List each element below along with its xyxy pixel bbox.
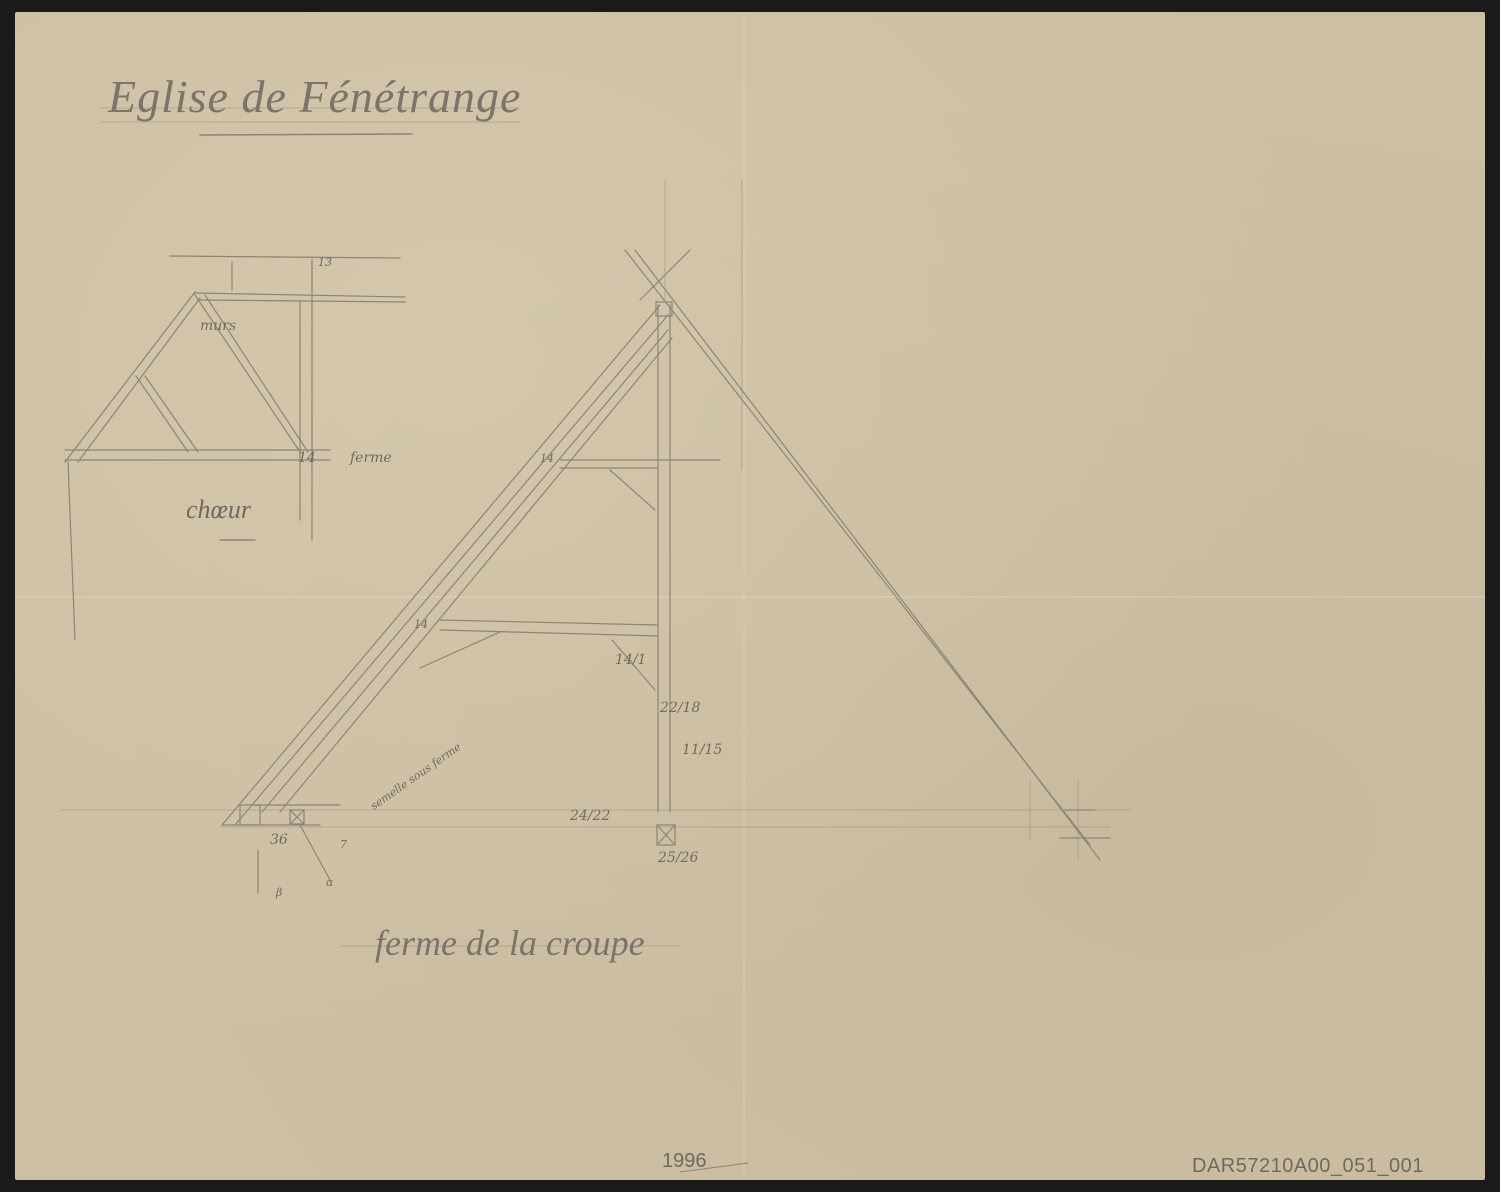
choeur-caption: chœur [186,495,251,525]
main-truss [222,250,1110,893]
brace-size-label: 14/1 [615,652,646,668]
rafter-mark-upper: 14 [540,452,554,465]
choeur-sketch [65,256,405,640]
title-underline [200,134,412,135]
archive-number: 1996 [662,1150,707,1173]
archive-id: DAR57210A00_051_001 [1192,1155,1424,1178]
ferme-label: ferme [350,450,392,466]
document-title: Eglise de Fénétrange [108,70,521,123]
post-lower-size-label: 11/15 [682,742,722,758]
rafter-mark-lower: 14 [414,618,428,631]
truss-drawing [0,0,1500,1192]
member-size-label: 14 [298,450,316,466]
post-base-size-label: 25/26 [658,850,698,866]
foot-mark-2: 7 [340,838,347,851]
tie-beam-size-label: 24/22 [570,808,610,824]
foot-mark-beta: β [276,886,282,899]
foot-mark-alpha: α [326,876,333,889]
main-caption: ferme de la croupe [375,922,645,964]
top-mark-label: 13 [318,256,332,269]
post-upper-size-label: 22/18 [660,700,700,716]
murs-label: murs [200,318,236,334]
foot-dim-label: 36 [270,832,288,848]
